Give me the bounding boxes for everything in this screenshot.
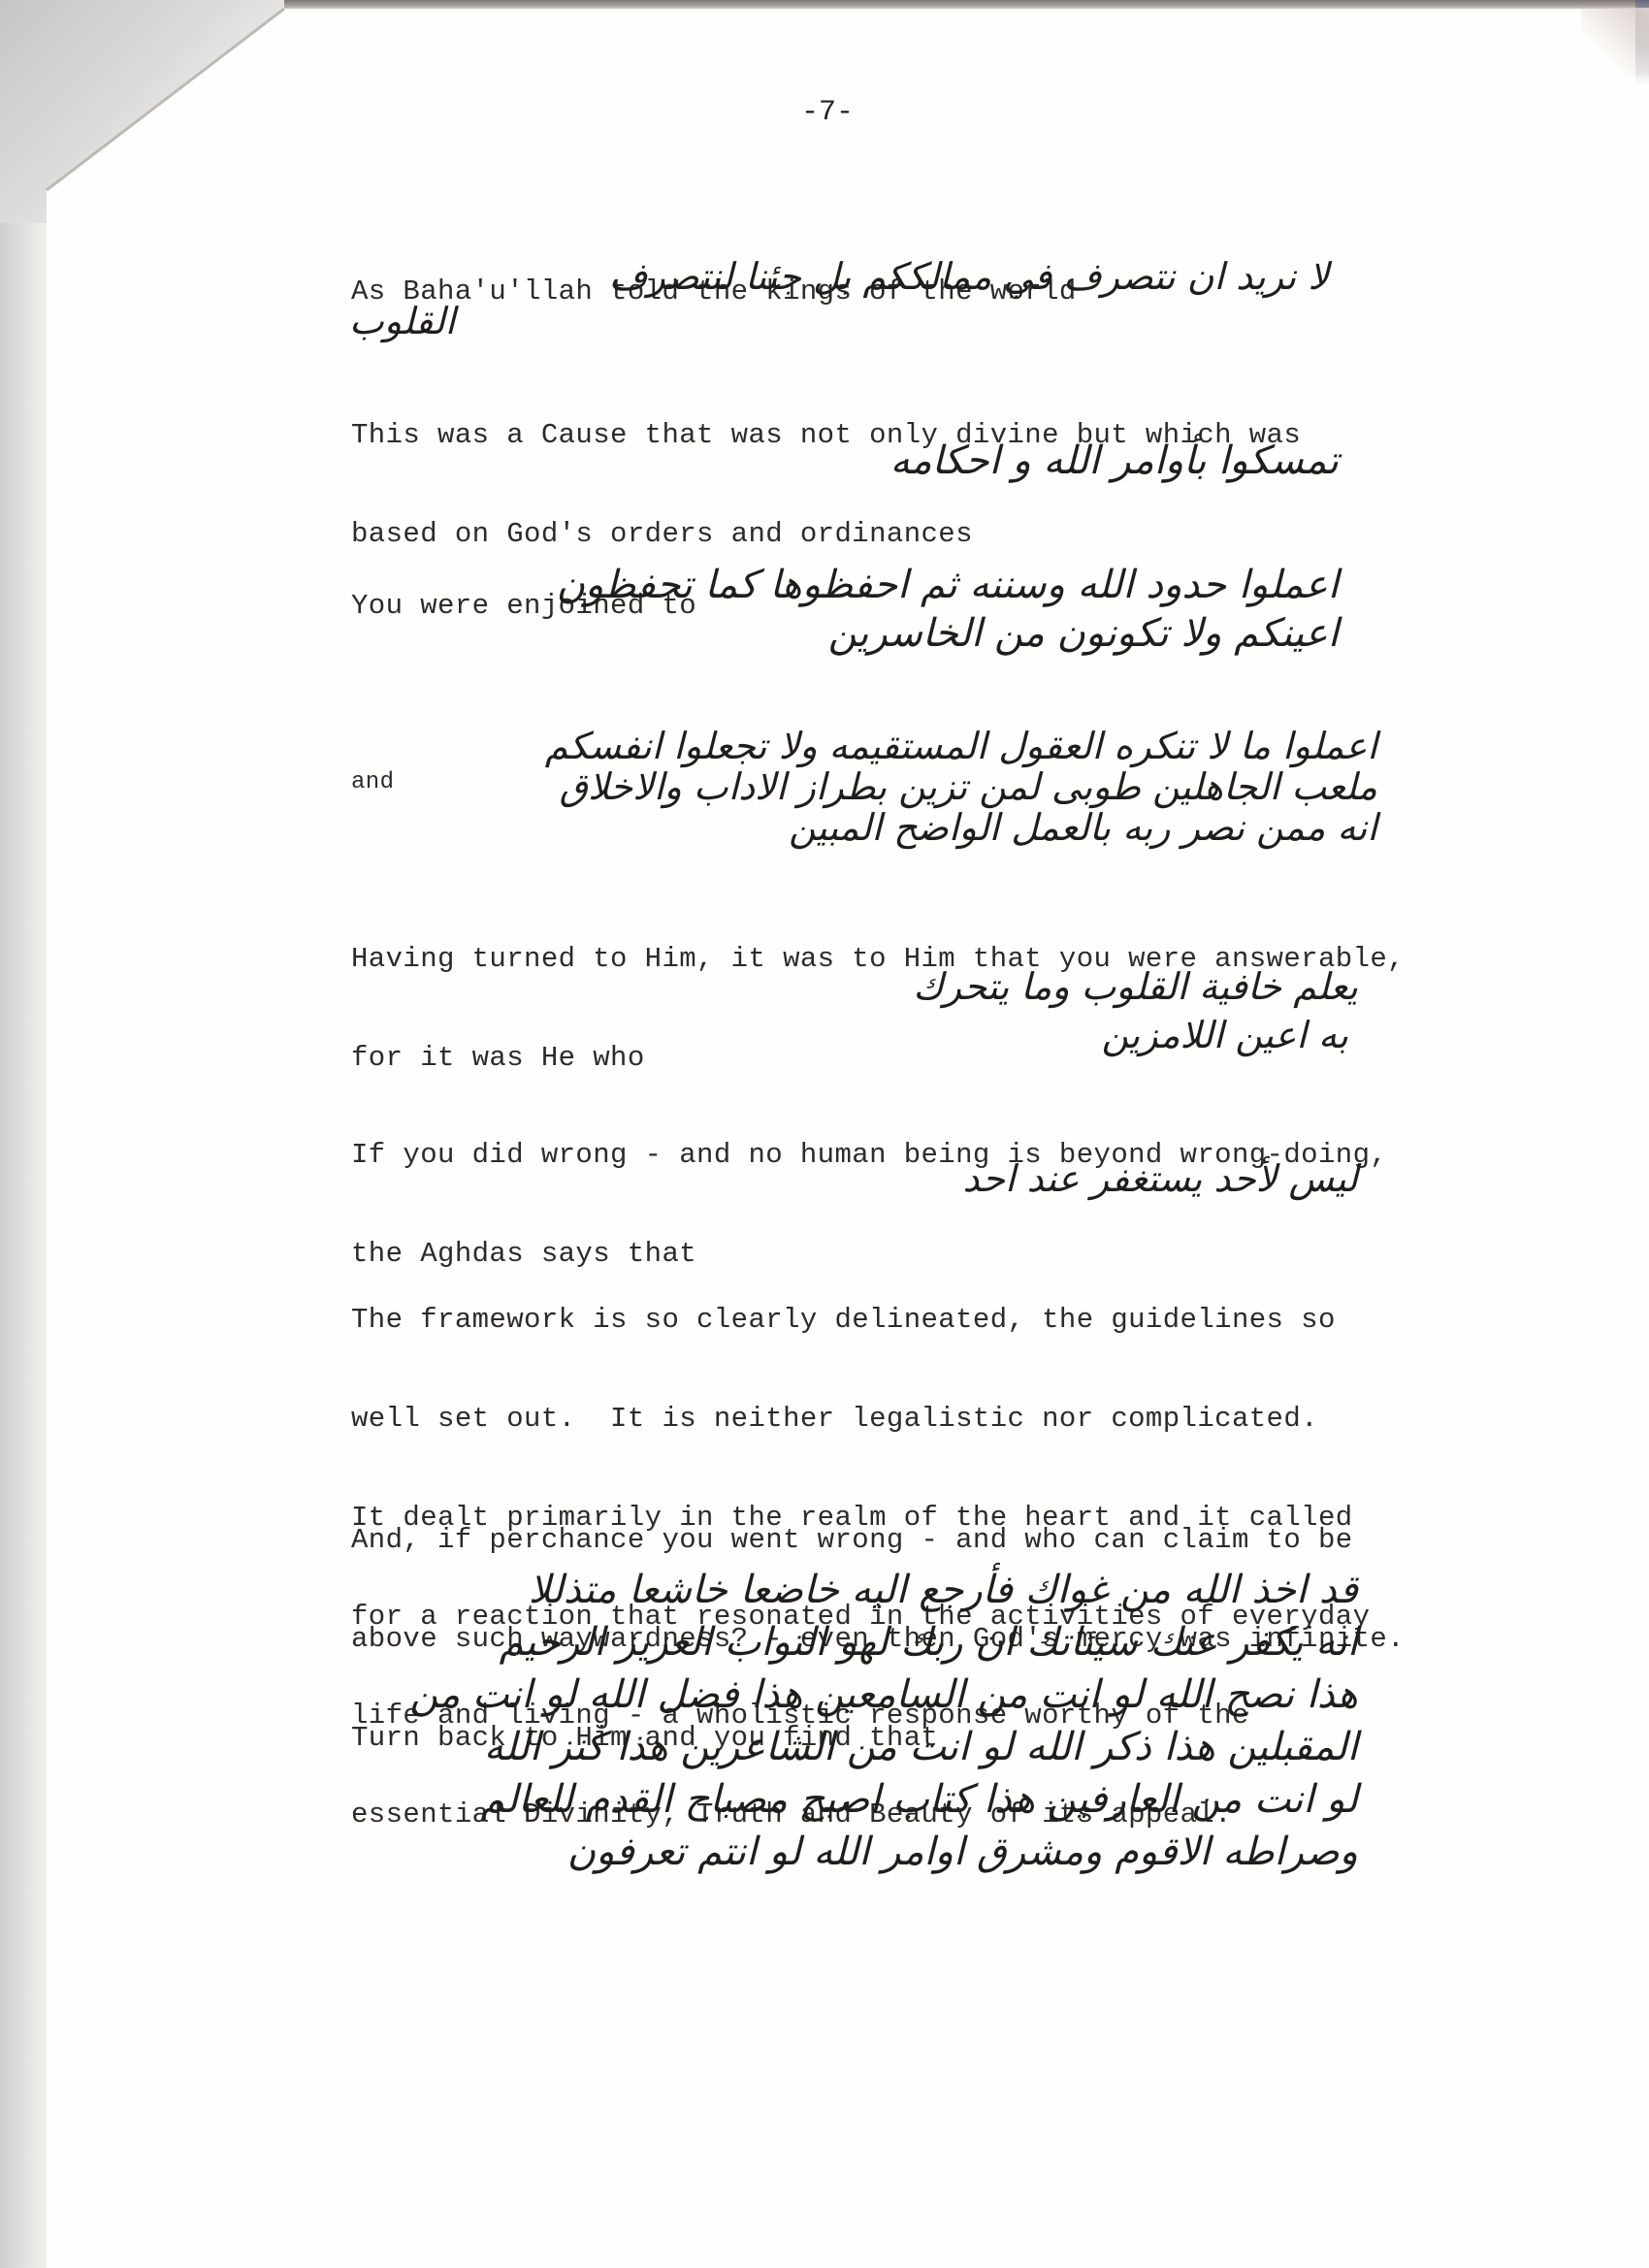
arabic-line: به اعين اللامزين [776, 1011, 1358, 1059]
scanned-page: -7- As Baha'u'llah told the kings of the… [0, 0, 1649, 2268]
arabic-line: اعينكم ولا تكونون من الخاسرين [349, 609, 1339, 658]
text-line: well set out. It is neither legalistic n… [351, 1403, 1370, 1436]
arabic-line: لو انت من العارفين هذا كتاب اصبح مصباح ا… [155, 1773, 1358, 1826]
arabic-line: اعملوا ما لا تنكره العقول المستقيمه ولا … [291, 726, 1377, 766]
arabic-quote-enjoined: اعملوا حدود الله وسننه ثم احفظوها كما تح… [349, 561, 1339, 658]
arabic-quote-mercy: قد اخذ الله من غواك فأرجع اليه خاضعا خاش… [155, 1564, 1358, 1878]
arabic-line: لا نريد ان نتصرف في ممالككم بل جئنا لنتص… [349, 254, 1329, 299]
arabic-line: هذا نصح الله لو انت من السامعين هذا فضل … [155, 1669, 1358, 1721]
page-number: -7- [801, 96, 854, 129]
text-line: The framework is so clearly delineated, … [351, 1304, 1370, 1337]
arabic-line: يعلم خافية القلوب وما يتحرك [776, 962, 1358, 1011]
text-line: And, if perchance you went wrong - and w… [351, 1524, 1405, 1557]
arabic-line: قد اخذ الله من غواك فأرجع اليه خاضعا خاش… [155, 1564, 1358, 1616]
arabic-quote-kings: لا نريد ان نتصرف في ممالككم بل جئنا لنتص… [349, 254, 1329, 343]
arabic-line: المقبلين هذا ذكر الله لو انت من الشاعرين… [155, 1721, 1358, 1773]
arabic-line: ليس لأحد يستغفر عند احد [776, 1154, 1358, 1203]
arabic-quote-conduct: اعملوا ما لا تنكره العقول المستقيمه ولا … [291, 726, 1377, 848]
arabic-quote-ordinances: تمسكوا بأوامر الله و احكامه [718, 437, 1339, 485]
arabic-line: وصراطه الاقوم ومشرق اوامر الله لو انتم ت… [155, 1826, 1358, 1878]
arabic-quote-aghdas: ليس لأحد يستغفر عند احد [776, 1154, 1358, 1203]
arabic-line: القلوب [349, 299, 1329, 343]
arabic-line: انه يكفر عنك سيئاتك ان ربك لهو التواب ال… [155, 1616, 1358, 1669]
arabic-line: اعملوا حدود الله وسننه ثم احفظوها كما تح… [349, 561, 1339, 609]
arabic-line: انه ممن نصر ربه بالعمل الواضح المبين [291, 807, 1377, 848]
page-corner-shadow [1581, 8, 1649, 76]
arabic-quote-hearts: يعلم خافية القلوب وما يتحرك به اعين اللا… [776, 962, 1358, 1059]
arabic-line: ملعب الجاهلين طوبى لمن تزين بطراز الاداب… [291, 766, 1377, 807]
arabic-line: تمسكوا بأوامر الله و احكامه [718, 437, 1339, 485]
